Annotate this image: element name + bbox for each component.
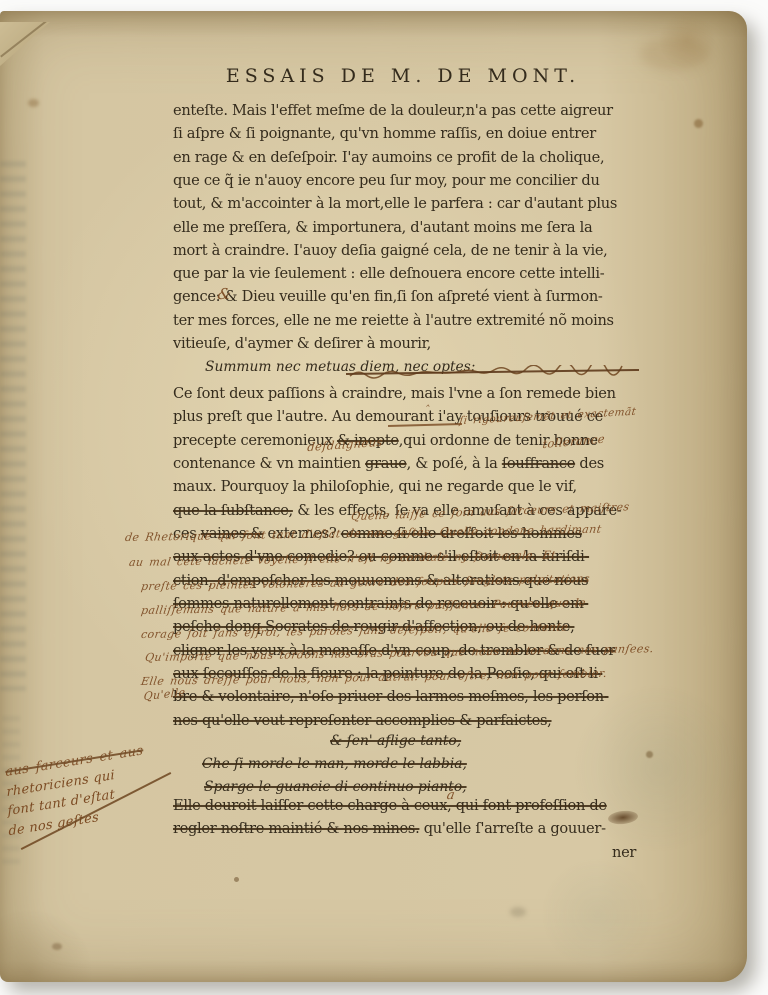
printed-text: contenance & vn maintien	[173, 455, 365, 472]
page-header: ESSAIS DE M. DE MONT.	[173, 65, 633, 87]
printed-text: en rage & en deſeſpoir. I'ay aumoins ce …	[173, 149, 604, 166]
printed-line: gence: & Dieu veuille qu'en fin,ſi ſon a…	[173, 288, 603, 305]
printed-text: des	[575, 455, 604, 472]
printed-line: que ce q̃ ie n'auoy encore peu ſur moy, …	[173, 172, 600, 189]
printed-text: elle me preſſera, & importunera, d'autan…	[173, 219, 592, 236]
printed-text: enteſte. Mais l'effet meſme de la douleu…	[173, 102, 613, 119]
book-page: ESSAIS DE M. DE MONT. enteſte. Mais l'ef…	[0, 11, 747, 982]
margin-annotation: aus farceurs et ausrhetoriciens quifont …	[5, 741, 147, 841]
printed-line: elle me preſſera, & importunera, d'autan…	[173, 219, 592, 236]
printed-line: contenance & vn maintien graue, & poſé, …	[173, 455, 604, 472]
stain	[234, 877, 239, 882]
stain	[28, 99, 39, 107]
printed-line: Che ſi morde le man, morde le labbia,	[202, 756, 467, 772]
struck-printed-text: ſouffrance	[502, 455, 575, 472]
printed-line: ſi aſpre & ſi poignante, qu'vn homme raſ…	[173, 125, 596, 142]
struck-printed-text: & ſen' aflige tanto,	[330, 733, 461, 749]
printed-text: gence: & Dieu veuille qu'en fin,ſi ſon a…	[173, 288, 603, 305]
struck-printed-text: graue	[365, 455, 407, 472]
struck-printed-text: regler noſtre maintié & nos mines.	[173, 820, 419, 837]
stain	[640, 37, 710, 71]
catchword: ner	[612, 844, 636, 861]
crossed-out-scribble	[346, 365, 646, 383]
printed-line: que par la vie ſeulement : elle deſnouer…	[173, 265, 604, 282]
printed-text: ter mes forces, elle ne me reiette à l'a…	[173, 312, 614, 329]
ink-bleed-through	[0, 161, 26, 691]
stain	[52, 943, 62, 950]
printed-line: tout, & m'accointer à la mort,elle le pa…	[173, 195, 617, 212]
struck-printed-text: Sparge le guancie di continuo pianto,	[204, 779, 467, 795]
struck-printed-text: Elle deuroit laiſſer cette charge à ceux…	[173, 797, 607, 814]
printed-line: Ce ſont deux paſſions à craindre, mais l…	[173, 385, 616, 402]
scanned-book-photo: { "colors": { "page": "#d5c6a2", "printe…	[0, 0, 768, 995]
printed-line: en rage & en deſeſpoir. I'ay aumoins ce …	[173, 149, 604, 166]
printed-text: qu'elle ſ'arreſte a gouuer-	[419, 820, 605, 837]
struck-printed-text: nes qu'elle veut repreſenter accomplies …	[173, 712, 552, 729]
printed-line: ter mes forces, elle ne me reiette à l'a…	[173, 312, 614, 329]
printed-text: ſi aſpre & ſi poignante, qu'vn homme raſ…	[173, 125, 596, 142]
printed-line: Elle deuroit laiſſer cette charge à ceux…	[173, 797, 607, 814]
printed-line: mort à craindre. I'auoy deſia gaigné cel…	[173, 242, 608, 259]
printed-line: regler noſtre maintié & nos mines. qu'el…	[173, 820, 606, 837]
struck-printed-text: Che ſi morde le man, morde le labbia,	[202, 756, 467, 772]
stain	[694, 119, 703, 128]
printed-line: nes qu'elle veut repreſenter accomplies …	[173, 712, 552, 729]
printed-line: enteſte. Mais l'effet meſme de la douleu…	[173, 102, 613, 119]
printed-text: vitieuſe, d'aymer & deſirer à mourir,	[173, 335, 431, 352]
printed-line: precepte ceremonieux & inepte,qui ordonn…	[173, 432, 598, 449]
struck-printed-text: bre & volontaire, n'oſe priuer des larme…	[173, 688, 609, 705]
printed-line: Sparge le guancie di continuo pianto,	[204, 779, 467, 795]
struck-printed-text: que la ſubſtance,	[173, 502, 293, 519]
printed-text: maux. Pourquoy la philoſophie, qui ne re…	[173, 478, 577, 495]
printed-text: , & poſé, à la	[407, 455, 502, 472]
printed-text: mort à craindre. I'auoy deſia gaigné cel…	[173, 242, 608, 259]
printed-text: que par la vie ſeulement : elle deſnouer…	[173, 265, 604, 282]
ink-blot	[607, 809, 638, 825]
stain	[646, 751, 653, 758]
printed-line: vitieuſe, d'aymer & deſirer à mourir,	[173, 335, 431, 352]
printed-line: maux. Pourquoy la philoſophie, qui ne re…	[173, 478, 577, 495]
printed-line: bre & volontaire, n'oſe priuer des larme…	[173, 688, 609, 705]
page-corner-fold	[0, 22, 50, 66]
printed-text: Ce ſont deux paſſions à craindre, mais l…	[173, 385, 616, 402]
printed-line: & ſen' aflige tanto,	[330, 733, 461, 749]
stain	[510, 907, 526, 917]
printed-text: tout, & m'accointer à la mort,elle le pa…	[173, 195, 617, 212]
handwritten-annotation: &	[216, 285, 233, 303]
printed-text: que ce q̃ ie n'auoy encore peu ſur moy, …	[173, 172, 600, 189]
